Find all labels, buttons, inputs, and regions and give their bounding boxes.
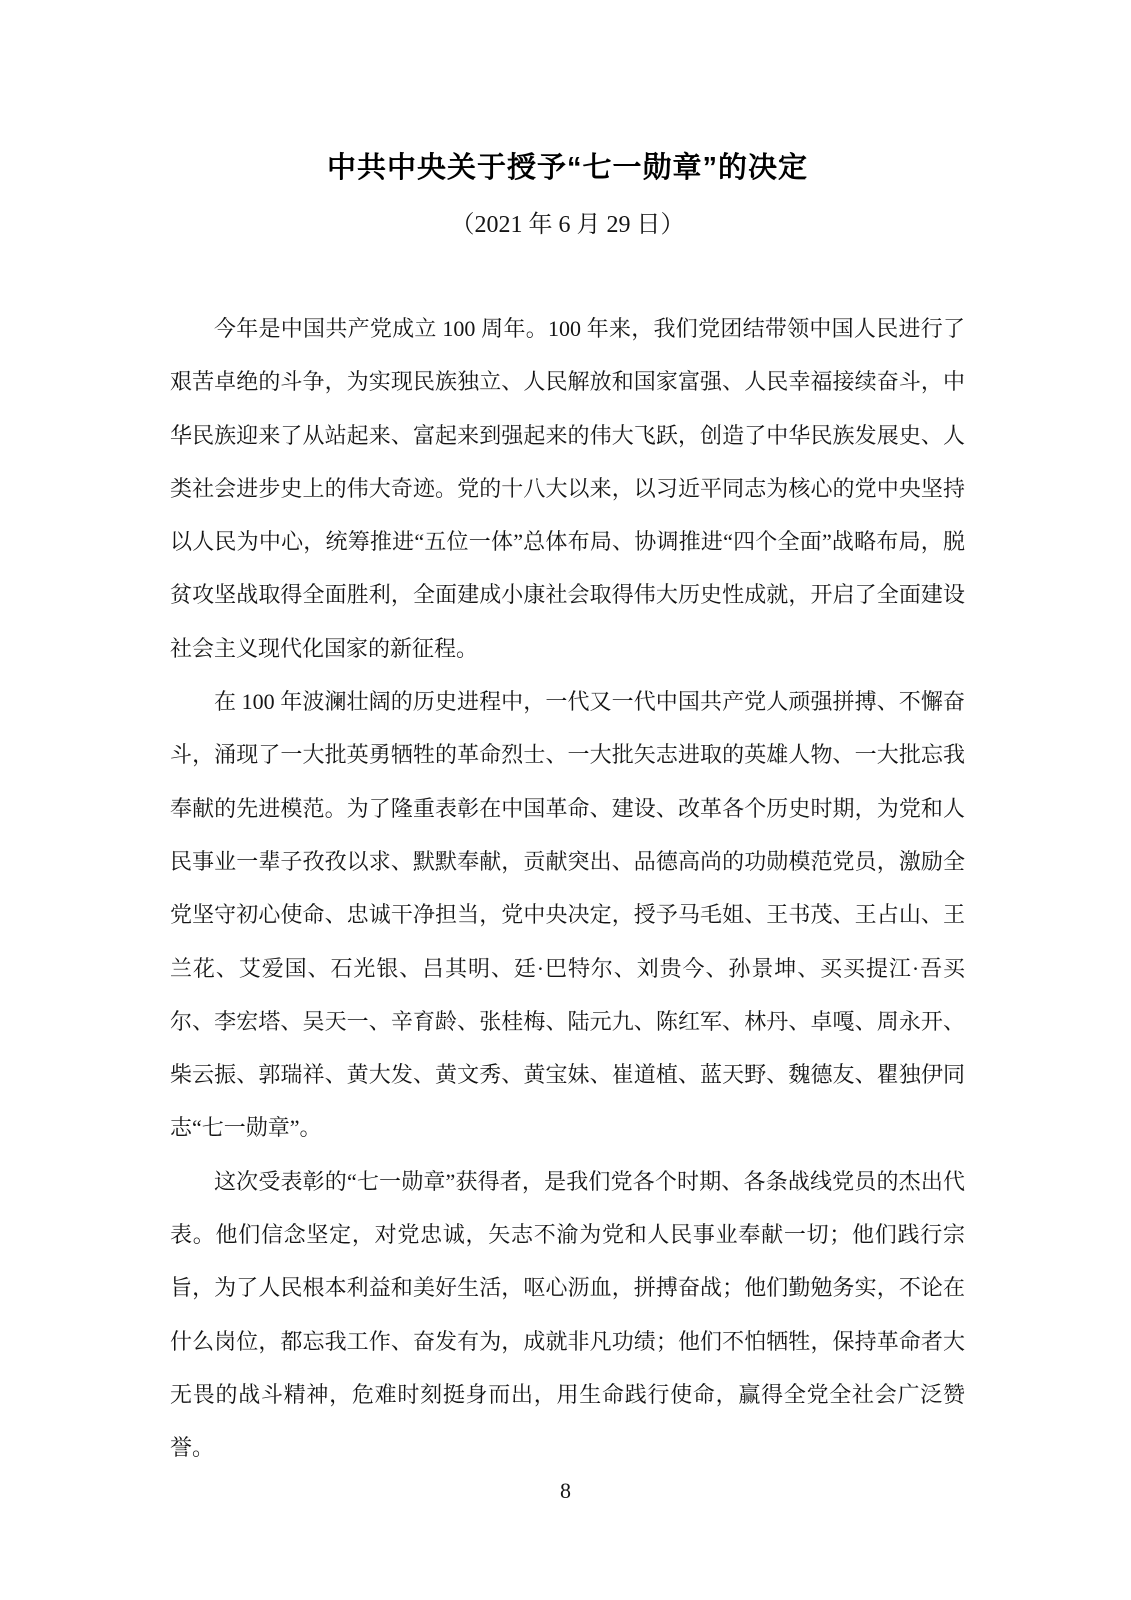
document-title: 中共中央关于授予“七一勋章”的决定 xyxy=(170,148,965,188)
document-date: （2021 年 6 月 29 日） xyxy=(170,210,965,240)
document-content: 中共中央关于授予“七一勋章”的决定 （2021 年 6 月 29 日） 今年是中… xyxy=(170,0,965,1475)
page-number: 8 xyxy=(0,1476,1131,1506)
paragraph: 这次受表彰的“七一勋章”获得者，是我们党各个时期、各条战线党员的杰出代表。他们信… xyxy=(170,1155,965,1475)
paragraph: 今年是中国共产党成立 100 周年。100 年来，我们党团结带领中国人民进行了艰… xyxy=(170,302,965,675)
paragraph: 在 100 年波澜壮阔的历史进程中，一代又一代中国共产党人顽强拼搏、不懈奋斗，涌… xyxy=(170,675,965,1155)
document-body: 今年是中国共产党成立 100 周年。100 年来，我们党团结带领中国人民进行了艰… xyxy=(170,302,965,1475)
document-page: 中共中央关于授予“七一勋章”的决定 （2021 年 6 月 29 日） 今年是中… xyxy=(0,0,1131,1600)
